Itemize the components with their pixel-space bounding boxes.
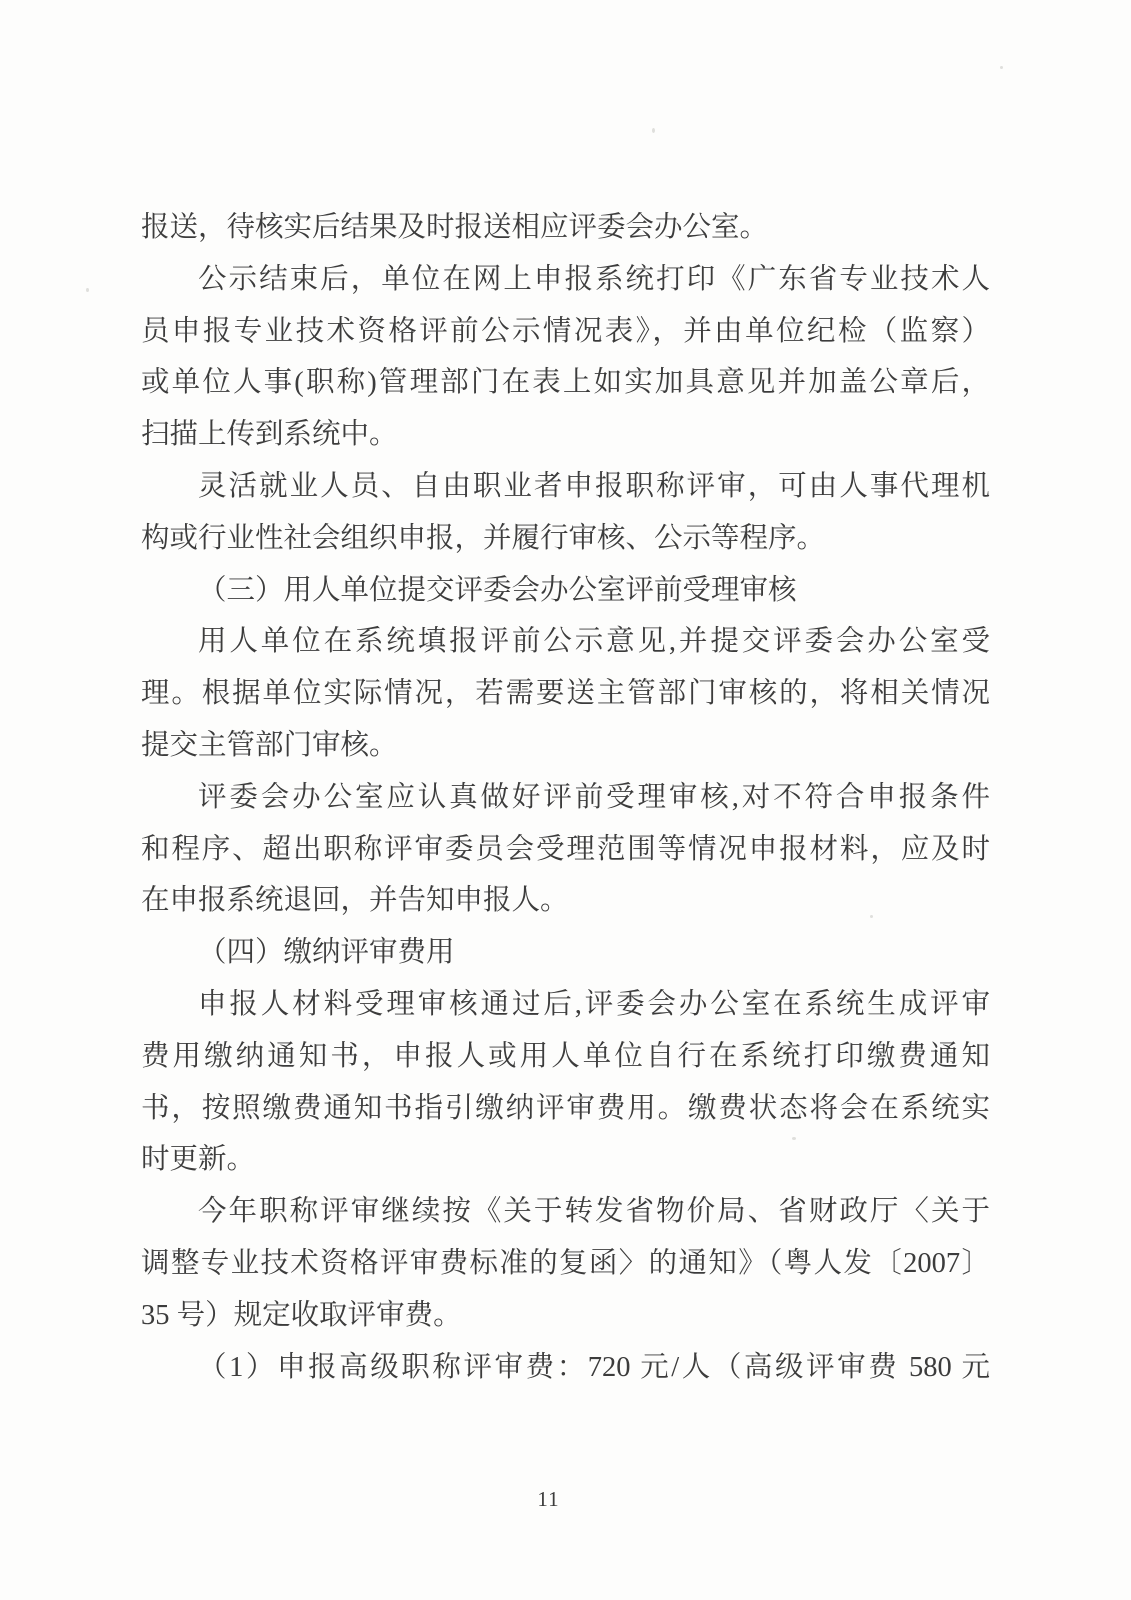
text-line: 35 号）规定收取评审费。 [141,1290,990,1342]
text-line: 费用缴纳通知书，申报人或用人单位自行在系统打印缴费通知 [141,1031,990,1083]
section-heading-3: （三）用人单位提交评委会办公室评前受理审核 [141,565,990,617]
text-line: 申报人材料受理审核通过后,评委会办公室在系统生成评审 [141,979,990,1031]
text-line: 公示结束后，单位在网上申报系统打印《广东省专业技术人 [141,254,990,306]
scan-speck [652,128,655,133]
text-line: 扫描上传到系统中。 [141,409,990,461]
text-line: 报送，待核实后结果及时报送相应评委会办公室。 [141,202,990,254]
text-line: 和程序、超出职称评审委员会受理范围等情况申报材料，应及时 [141,824,990,876]
text-line: 员申报专业技术资格评前公示情况表》，并由单位纪检（监察） [141,306,990,358]
scan-speck [792,1137,796,1140]
page-number: 11 [0,1487,1114,1512]
text-line: 书，按照缴费通知书指引缴纳评审费用。缴费状态将会在系统实 [141,1083,990,1135]
text-line: 构或行业性社会组织申报，并履行审核、公示等程序。 [141,513,990,565]
document-page: 报送，待核实后结果及时报送相应评委会办公室。 公示结束后，单位在网上申报系统打印… [0,0,1131,1600]
text-line: 时更新。 [141,1134,990,1186]
text-line: 在申报系统退回，并告知申报人。 [141,875,990,927]
text-line: 用人单位在系统填报评前公示意见,并提交评委会办公室受 [141,616,990,668]
text-line: 理。根据单位实际情况，若需要送主管部门审核的，将相关情况 [141,668,990,720]
document-body: 报送，待核实后结果及时报送相应评委会办公室。 公示结束后，单位在网上申报系统打印… [141,202,990,1393]
scan-speck [1000,66,1003,69]
section-heading-4: （四）缴纳评审费用 [141,927,990,979]
scan-speck [86,288,89,292]
text-line: 评委会办公室应认真做好评前受理审核,对不符合申报条件 [141,772,990,824]
text-line: 灵活就业人员、自由职业者申报职称评审，可由人事代理机 [141,461,990,513]
text-line: 调整专业技术资格评审费标准的复函〉的通知》（粤人发〔2007〕 [141,1238,990,1290]
scan-speck [870,915,873,918]
text-line: （1）申报高级职称评审费：720 元/人（高级评审费 580 元 [141,1342,990,1394]
text-line: 今年职称评审继续按《关于转发省物价局、省财政厅〈关于 [141,1186,990,1238]
text-line: 或单位人事(职称)管理部门在表上如实加具意见并加盖公章后， [141,357,990,409]
text-line: 提交主管部门审核。 [141,720,990,772]
